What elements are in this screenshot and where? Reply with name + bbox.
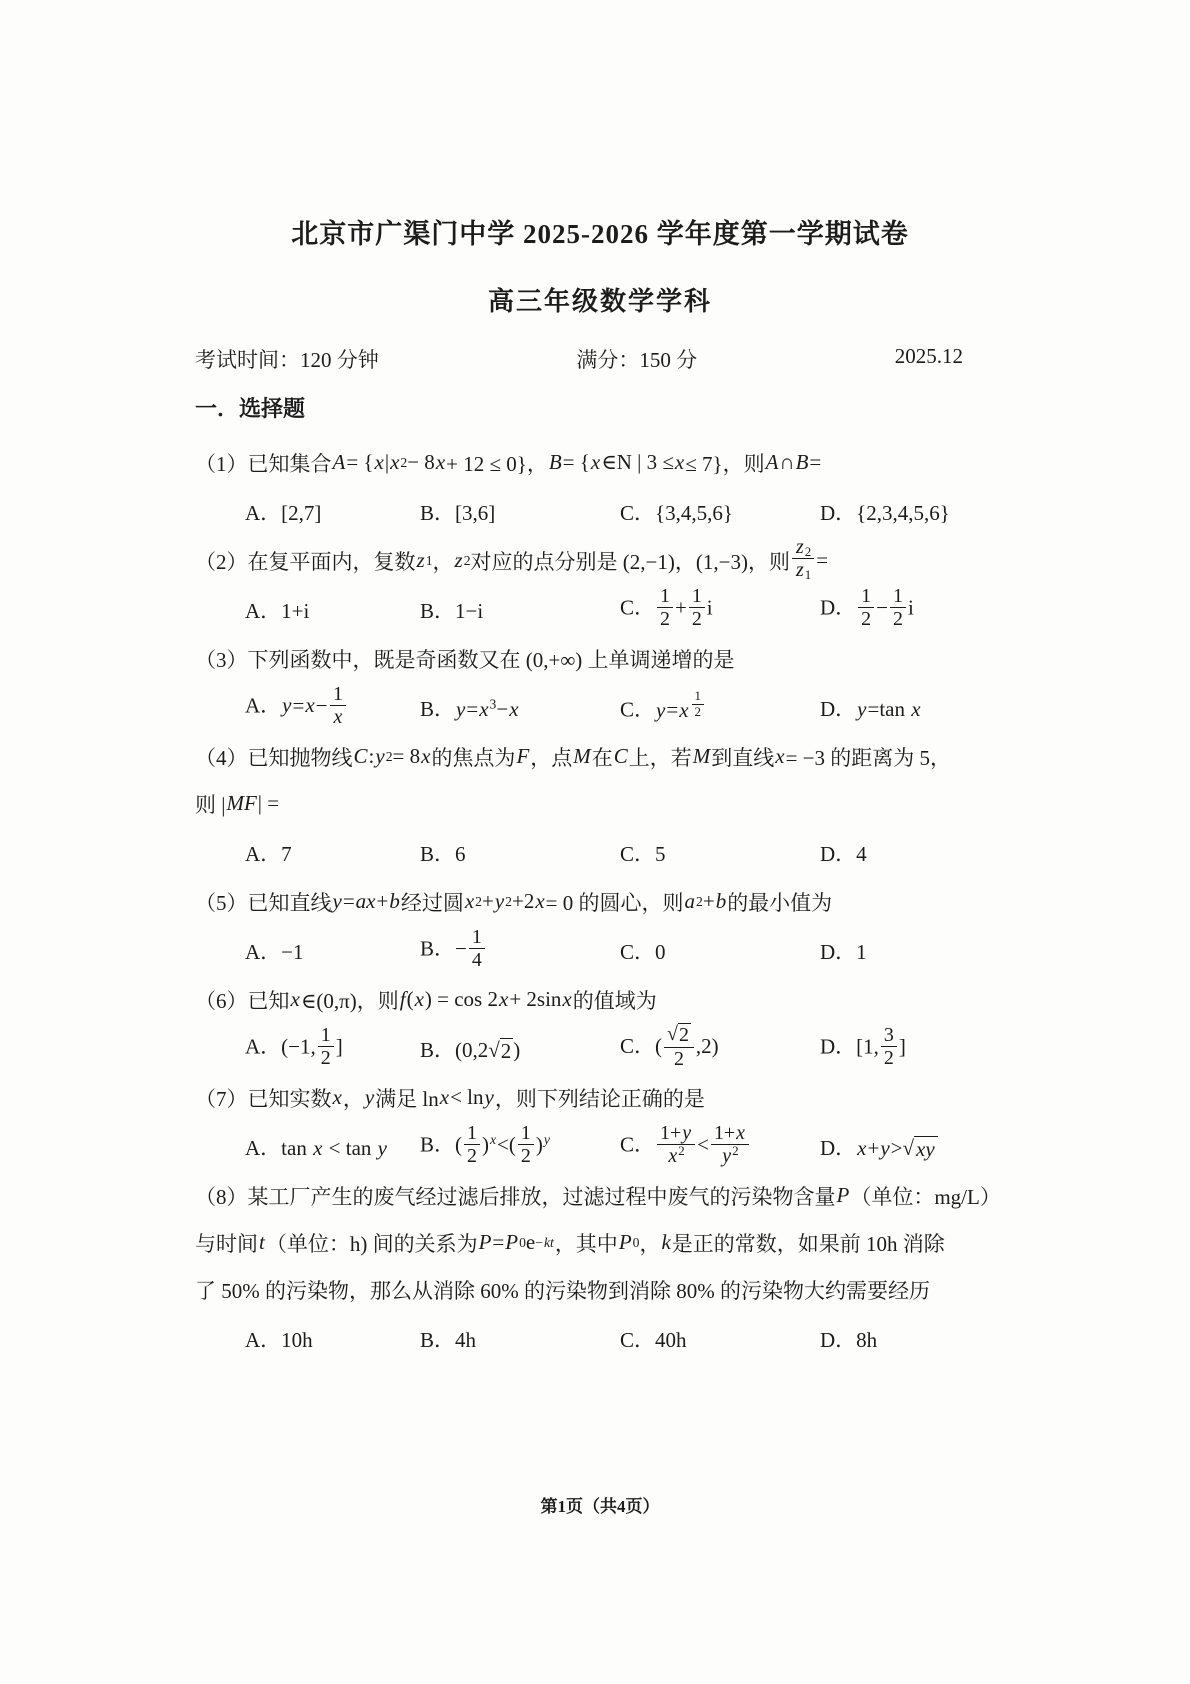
option-cell: B．(12)x<(12)y xyxy=(420,1124,620,1170)
stem-line: （3）下列函数中，既是奇函数又在 (0,+∞) 上单调递增的是 xyxy=(195,635,1005,682)
option-cell: D．[1,32] xyxy=(820,1026,1005,1072)
question-stem: （4）已知抛物线 C : y2 = 8x 的焦点为 F，点 M 在 C 上，若 … xyxy=(195,733,1005,827)
option-cell: A．7 xyxy=(245,838,420,868)
question-stem: （7）已知实数 x，y 满足 lnx < lny，则下列结论正确的是 xyxy=(195,1074,1005,1121)
question: （8）某工厂产生的废气经过滤后排放，过滤过程中废气的污染物含量 P（单位：mg/… xyxy=(195,1172,1005,1364)
question: （2）在复平面内，复数 z1，z2 对应的点分别是 (2,−1)，(1,−3)，… xyxy=(195,537,1005,635)
section-heading: 一．选择题 xyxy=(195,392,1005,423)
option-cell: B．[3,6] xyxy=(420,497,620,527)
question-stem: （5）已知直线 y = ax+b 经过圆 x2+y2+2x = 0 的圆心，则 … xyxy=(195,878,1005,925)
option-cell: B．6 xyxy=(420,838,620,868)
question-options: A．tan x < tan yB．(12)x<(12)yC．1+yx2<1+xy… xyxy=(195,1121,1005,1172)
question: （3）下列函数中，既是奇函数又在 (0,+∞) 上单调递增的是 A．y=x−1x… xyxy=(195,635,1005,733)
page-subtitle: 高三年级数学学科 xyxy=(195,281,1005,318)
option-cell: A．−1 xyxy=(245,936,420,966)
question-stem: （3）下列函数中，既是奇函数又在 (0,+∞) 上单调递增的是 xyxy=(195,635,1005,682)
option-cell: B．y=x3−x xyxy=(420,693,620,723)
exam-time: 考试时间：120 分钟 xyxy=(195,344,379,374)
option-cell: A．(−1,12] xyxy=(245,1026,420,1072)
exam-page: 北京市广渠门中学 2025-2026 学年度第一学期试卷 高三年级数学学科 考试… xyxy=(0,0,1155,1517)
page-title: 北京市广渠门中学 2025-2026 学年度第一学期试卷 xyxy=(195,212,1005,251)
stem-line: （8）某工厂产生的废气经过滤后排放，过滤过程中废气的污染物含量 P（单位：mg/… xyxy=(195,1172,1005,1219)
option-cell: B．−14 xyxy=(420,928,620,974)
question-options: A．y=x−1xB．y=x3−xC．y=x12D．y=tan x xyxy=(195,682,1005,733)
option-cell: C．40h xyxy=(620,1324,820,1354)
question-list: （1）已知集合 A = {x | x2 − 8x + 12 ≤ 0}，B = {… xyxy=(195,439,1005,1364)
option-cell: D．12−12i xyxy=(820,587,1005,633)
option-cell: C．12+12i xyxy=(620,587,820,633)
stem-line: （5）已知直线 y = ax+b 经过圆 x2+y2+2x = 0 的圆心，则 … xyxy=(195,878,1005,925)
option-cell: B．4h xyxy=(420,1324,620,1354)
question: （4）已知抛物线 C : y2 = 8x 的焦点为 F，点 M 在 C 上，若 … xyxy=(195,733,1005,878)
page-footer: 第1页（共4页） xyxy=(195,1492,1005,1517)
option-cell: A．[2,7] xyxy=(245,497,420,527)
option-cell: C．5 xyxy=(620,838,820,868)
question-options: A．10hB．4hC．40hD．8h xyxy=(195,1313,1005,1364)
stem-line: （7）已知实数 x，y 满足 lnx < lny，则下列结论正确的是 xyxy=(195,1074,1005,1121)
question-options: A．7B．6C．5D．4 xyxy=(195,827,1005,878)
option-cell: C．0 xyxy=(620,936,820,966)
option-cell: B．1−i xyxy=(420,595,620,625)
option-cell: D．1 xyxy=(820,936,1005,966)
option-cell: B．(0,2√2) xyxy=(420,1034,620,1064)
question: （7）已知实数 x，y 满足 lnx < lny，则下列结论正确的是 A．tan… xyxy=(195,1074,1005,1172)
stem-line: （1）已知集合 A = {x | x2 − 8x + 12 ≤ 0}，B = {… xyxy=(195,439,1005,486)
option-cell: C．(√22,2) xyxy=(620,1025,820,1072)
question-options: A．[2,7]B．[3,6]C．{3,4,5,6}D．{2,3,4,5,6} xyxy=(195,486,1005,537)
full-score: 满分：150 分 xyxy=(576,344,697,374)
option-cell: D．y=tan x xyxy=(820,693,1005,723)
option-cell: A．10h xyxy=(245,1324,420,1354)
option-cell: D．{2,3,4,5,6} xyxy=(820,497,1005,527)
option-cell: C．{3,4,5,6} xyxy=(620,497,820,527)
option-cell: D．x+y>√xy xyxy=(820,1132,1005,1162)
question-options: A．−1B．−14C．0D．1 xyxy=(195,925,1005,976)
option-cell: C．y=x12 xyxy=(620,691,820,724)
question-stem: （8）某工厂产生的废气经过滤后排放，过滤过程中废气的污染物含量 P（单位：mg/… xyxy=(195,1172,1005,1313)
option-cell: A．tan x < tan y xyxy=(245,1132,420,1162)
stem-line: 了 50% 的污染物，那么从消除 60% 的污染物到消除 80% 的污染物大约需… xyxy=(195,1266,1005,1313)
question-stem: （6）已知 x∈(0,π)，则 f(x) = cos 2x + 2sin x 的… xyxy=(195,976,1005,1023)
exam-info-row: 考试时间：120 分钟 满分：150 分 2025.12 xyxy=(195,344,1005,374)
stem-line: 与时间 t（单位：h) 间的关系为 P = P0e−kt，其中 P0，k 是正的… xyxy=(195,1219,1005,1266)
stem-line: （2）在复平面内，复数 z1，z2 对应的点分别是 (2,−1)，(1,−3)，… xyxy=(195,537,1005,584)
stem-line: 则 |MF| = xyxy=(195,780,1005,827)
exam-date: 2025.12 xyxy=(895,344,963,374)
option-cell: D．4 xyxy=(820,838,1005,868)
stem-line: （4）已知抛物线 C : y2 = 8x 的焦点为 F，点 M 在 C 上，若 … xyxy=(195,733,1005,780)
question-stem: （2）在复平面内，复数 z1，z2 对应的点分别是 (2,−1)，(1,−3)，… xyxy=(195,537,1005,584)
option-cell: D．8h xyxy=(820,1324,1005,1354)
question: （5）已知直线 y = ax+b 经过圆 x2+y2+2x = 0 的圆心，则 … xyxy=(195,878,1005,976)
question-options: A．(−1,12]B．(0,2√2)C．(√22,2)D．[1,32] xyxy=(195,1023,1005,1074)
option-cell: A．y=x−1x xyxy=(245,685,420,731)
question-options: A．1+iB．1−iC．12+12iD．12−12i xyxy=(195,584,1005,635)
question: （6）已知 x∈(0,π)，则 f(x) = cos 2x + 2sin x 的… xyxy=(195,976,1005,1074)
question-stem: （1）已知集合 A = {x | x2 − 8x + 12 ≤ 0}，B = {… xyxy=(195,439,1005,486)
option-cell: A．1+i xyxy=(245,595,420,625)
question: （1）已知集合 A = {x | x2 − 8x + 12 ≤ 0}，B = {… xyxy=(195,439,1005,537)
option-cell: C．1+yx2<1+xy2 xyxy=(620,1124,820,1170)
stem-line: （6）已知 x∈(0,π)，则 f(x) = cos 2x + 2sin x 的… xyxy=(195,976,1005,1023)
